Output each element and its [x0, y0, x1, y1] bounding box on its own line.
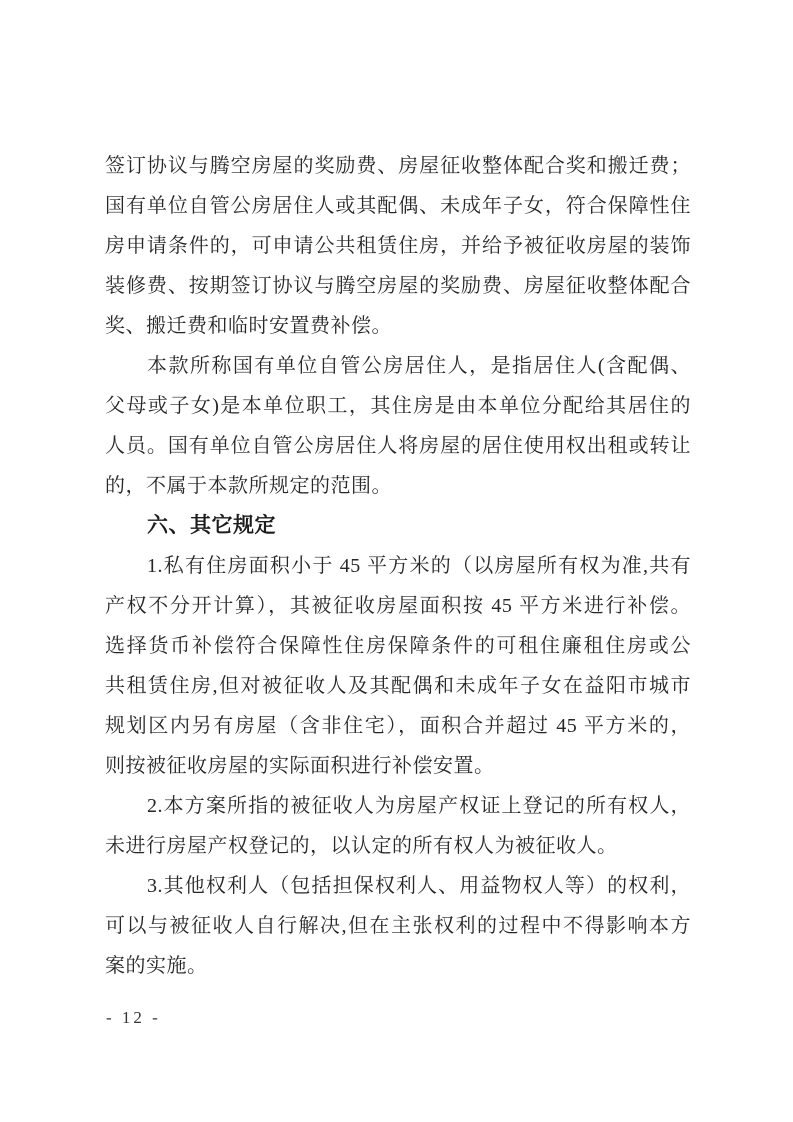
paragraph-continuation: 签订协议与腾空房屋的奖励费、房屋征收整体配合奖和搬迁费； 国有单位自管公房居住人… [105, 146, 691, 346]
text-line: 规划区内另有房屋（含非住宅），面积合并超过 45 平方米的， [105, 706, 691, 746]
document-body: 签订协议与腾空房屋的奖励费、房屋征收整体配合奖和搬迁费； 国有单位自管公房居住人… [105, 146, 691, 986]
page-number: - 12 - [106, 1006, 161, 1030]
text-line: 房申请条件的，可申请公共租赁住房，并给予被征收房屋的装饰 [105, 226, 691, 266]
text-line: 选择货币补偿符合保障性住房保障条件的可租住廉租住房或公 [105, 626, 691, 666]
text-line: 国有单位自管公房居住人或其配偶、未成年子女，符合保障性住 [105, 186, 691, 226]
text-line: 共租赁住房,但对被征收人及其配偶和未成年子女在益阳市城市 [105, 666, 691, 706]
document-page: 签订协议与腾空房屋的奖励费、房屋征收整体配合奖和搬迁费； 国有单位自管公房居住人… [0, 0, 793, 1122]
text-line: 产权不分开计算），其被征收房屋面积按 45 平方米进行补偿。 [105, 586, 691, 626]
text-line: 父母或子女)是本单位职工，其住房是由本单位分配给其居住的 [105, 386, 691, 426]
text-line: 则按被征收房屋的实际面积进行补偿安置。 [105, 746, 691, 786]
text-line: 签订协议与腾空房屋的奖励费、房屋征收整体配合奖和搬迁费； [105, 146, 691, 186]
text-line: 人员。国有单位自管公房居住人将房屋的居住使用权出租或转让 [105, 426, 691, 466]
text-line: 3.其他权利人（包括担保权利人、用益物权人等）的权利， [105, 866, 691, 906]
paragraph-self-managed-public-housing: 本款所称国有单位自管公房居住人，是指居住人(含配偶、 父母或子女)是本单位职工，… [105, 346, 691, 506]
text-line: 2.本方案所指的被征收人为房屋产权证上登记的所有权人， [105, 786, 691, 826]
text-line: 装修费、按期签订协议与腾空房屋的奖励费、房屋征收整体配合 [105, 266, 691, 306]
text-line: 本款所称国有单位自管公房居住人，是指居住人(含配偶、 [105, 346, 691, 386]
text-line: 可以与被征收人自行解决,但在主张权利的过程中不得影响本方 [105, 906, 691, 946]
paragraph-item-3: 3.其他权利人（包括担保权利人、用益物权人等）的权利， 可以与被征收人自行解决,… [105, 866, 691, 986]
text-line: 1.私有住房面积小于 45 平方米的（以房屋所有权为准,共有 [105, 546, 691, 586]
paragraph-item-2: 2.本方案所指的被征收人为房屋产权证上登记的所有权人， 未进行房屋产权登记的，以… [105, 786, 691, 866]
text-line: 的，不属于本款所规定的范围。 [105, 466, 691, 506]
text-line: 奖、搬迁费和临时安置费补偿。 [105, 306, 691, 346]
paragraph-item-1: 1.私有住房面积小于 45 平方米的（以房屋所有权为准,共有 产权不分开计算），… [105, 546, 691, 786]
text-line: 案的实施。 [105, 946, 691, 986]
text-line: 未进行房屋产权登记的，以认定的所有权人为被征收人。 [105, 826, 691, 866]
section-heading-other-provisions: 六、其它规定 [105, 506, 691, 546]
